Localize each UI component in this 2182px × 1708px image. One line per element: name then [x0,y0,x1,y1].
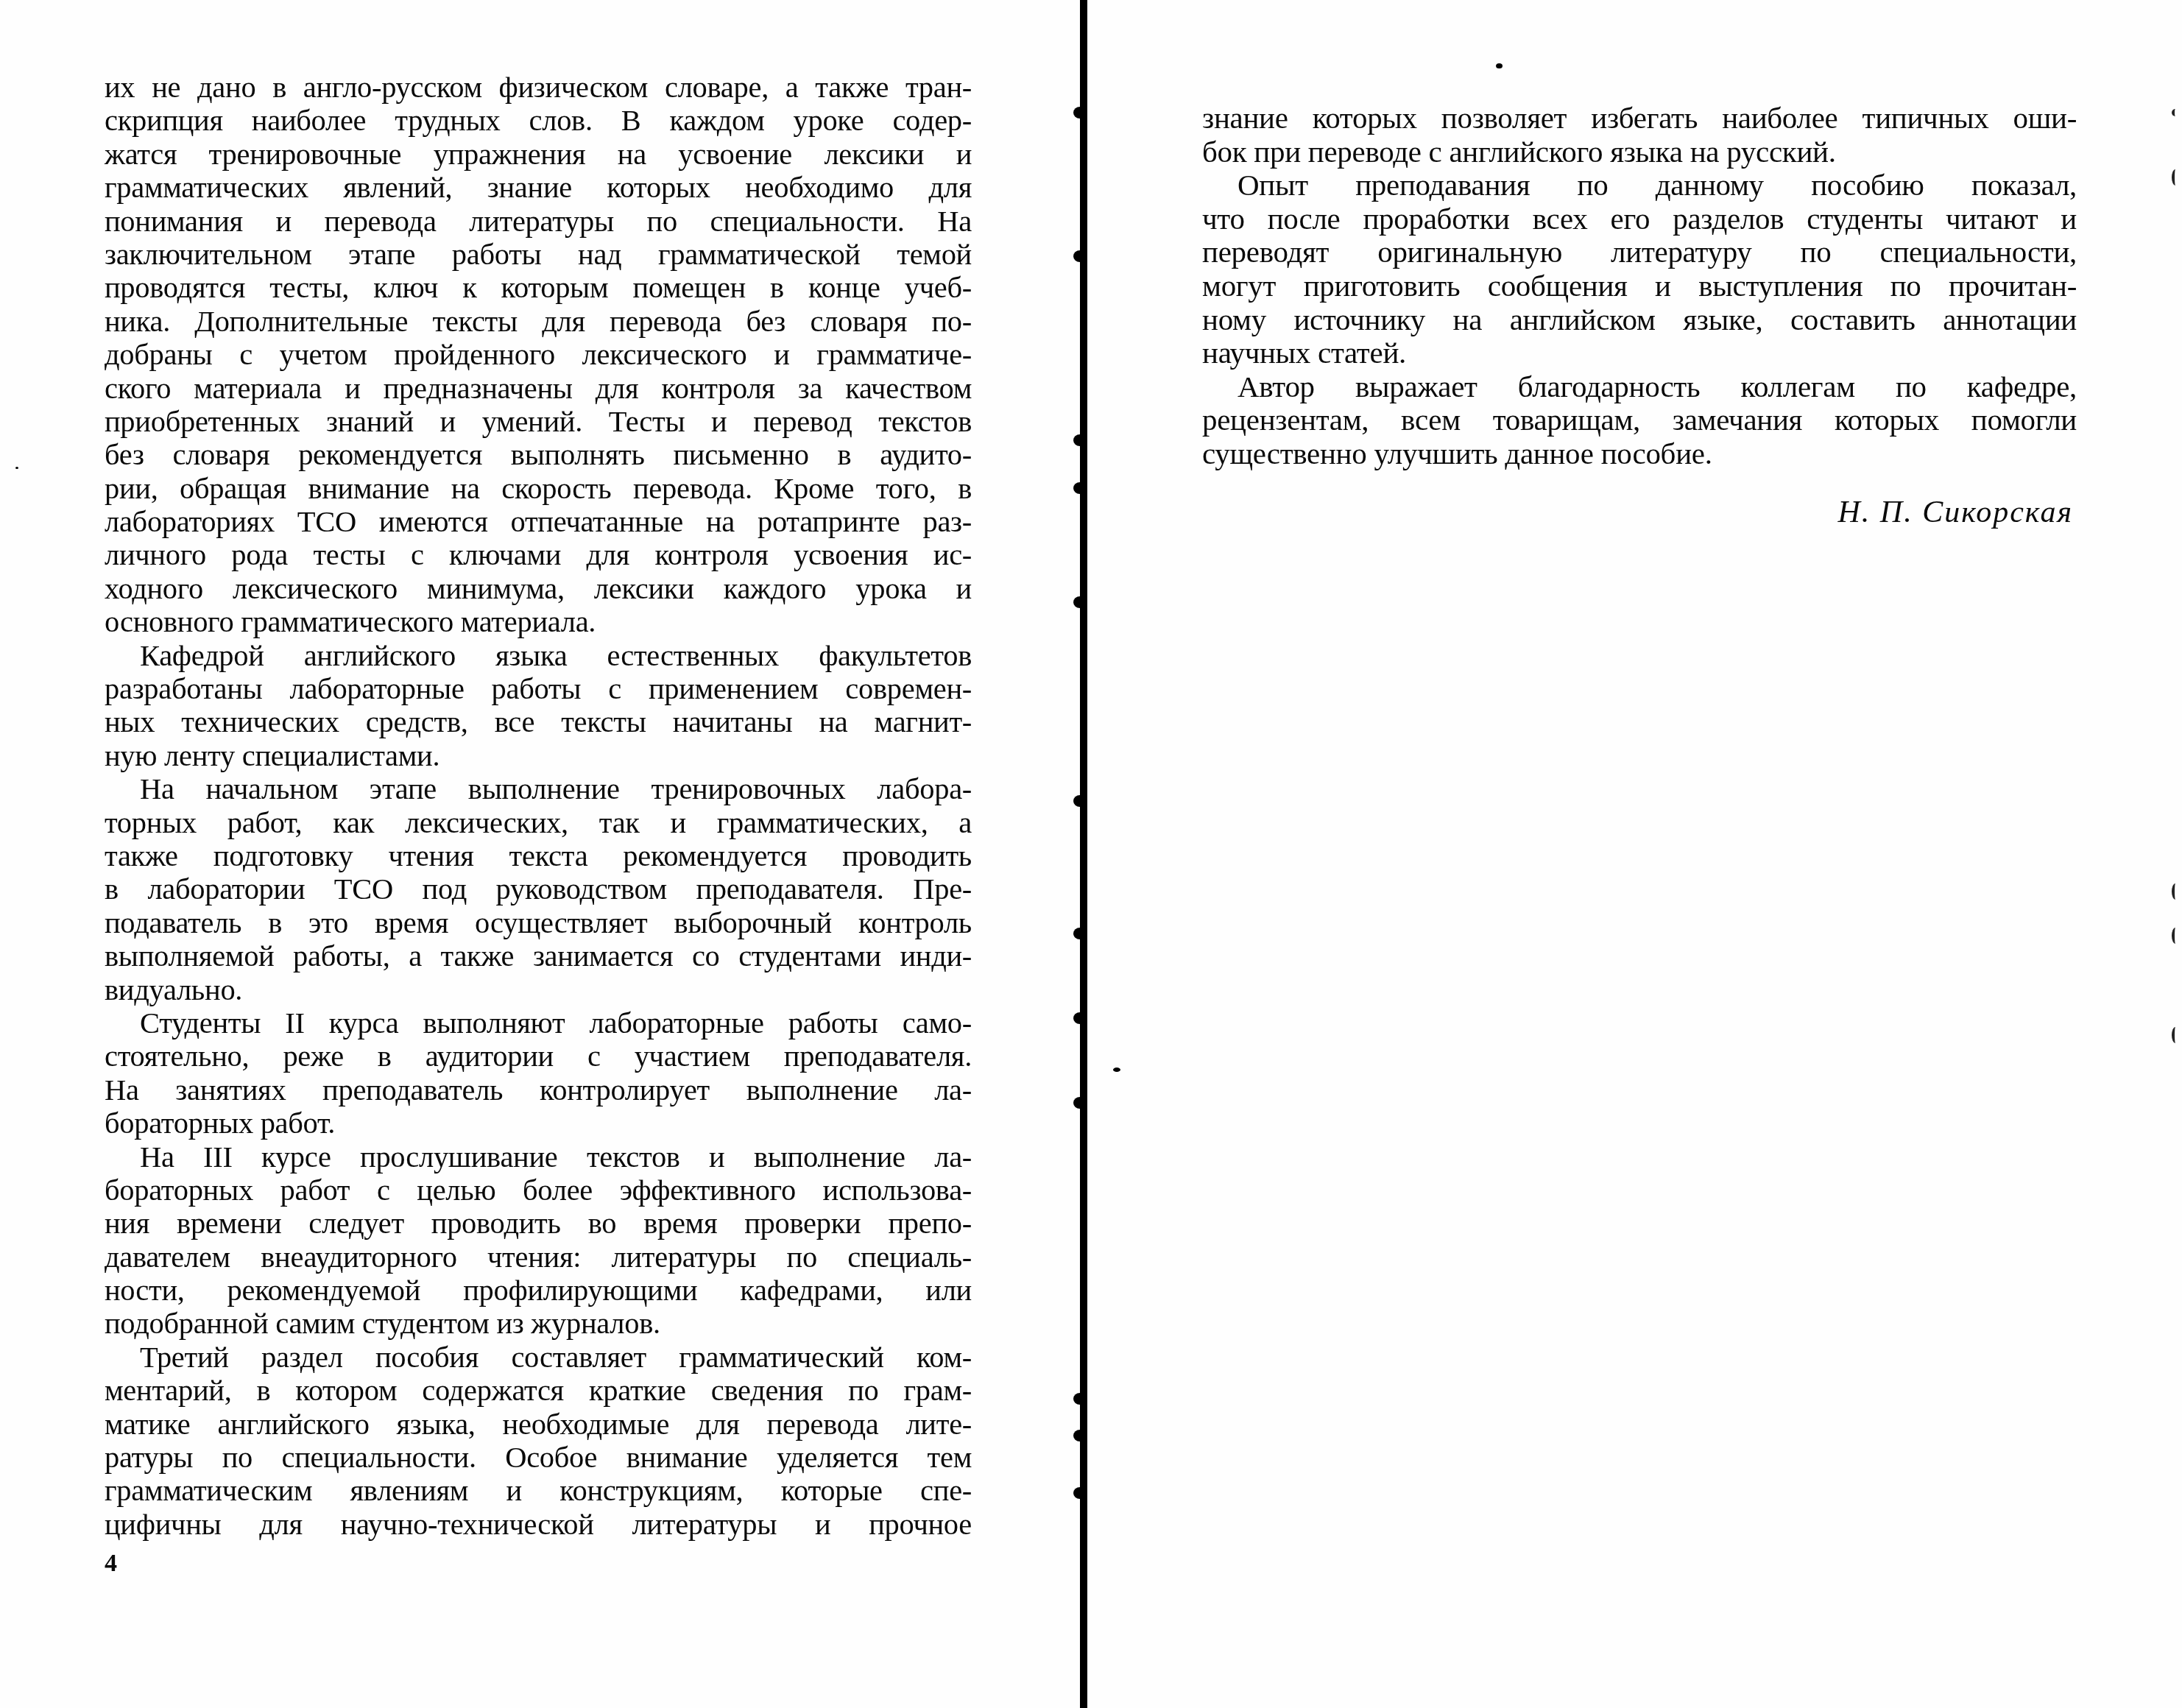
spine-notch [1073,1012,1087,1024]
text-line: подобранной самим студентом из журналов. [105,1307,972,1340]
text-line: существенно улучшить данное пособие. [1202,437,2077,471]
spine-notch [1073,596,1087,608]
text-line: матике английского языка, необходимые дл… [105,1408,972,1441]
text-line: На начальном этапе выполнение тренировоч… [105,772,972,805]
spine-notch [1073,1097,1087,1109]
text-line: переводят оригинальную литературу по спе… [1202,236,2077,269]
text-line: грамматическим явлениям и конструкциям, … [105,1474,972,1507]
text-line: Третий раздел пособия составляет граммат… [105,1341,972,1374]
text-line: На III курсе прослушивание текстов и вып… [105,1140,972,1174]
text-line: Кафедрой английского языка естественных … [105,639,972,672]
spine-notch [1073,250,1087,262]
text-line: ному источнику на английском языке, сост… [1202,303,2077,337]
text-line: могут приготовить сообщения и выступлени… [1202,269,2077,303]
text-line: стоятельно, реже в аудитории с участием … [105,1040,972,1073]
spine-notch [1073,1393,1087,1405]
text-line: добраны с учетом пройденного лексическог… [105,338,972,371]
spine-notch [1073,928,1087,939]
text-line: заключительном этапе работы над граммати… [105,238,972,271]
text-line: их не дано в англо-русском физическом сл… [105,71,972,104]
text-line: ского материала и предназначены для конт… [105,372,972,405]
text-line: ную ленту специалистами. [105,739,972,772]
spine-notch [1073,1487,1087,1499]
text-line: бораторных работ с целью более эффективн… [105,1174,972,1207]
text-line: На занятиях преподаватель контролирует в… [105,1073,972,1107]
text-line: приобретенных знаний и умений. Тесты и п… [105,405,972,438]
text-line: ности, рекомендуемой профилирующими кафе… [105,1274,972,1307]
spine-notch [1073,434,1087,446]
text-line: видуально. [105,973,972,1006]
text-line: ратуры по специальности. Особое внимание… [105,1441,972,1474]
text-line: торных работ, как лексических, так и гра… [105,806,972,839]
text-line: разработаны лабораторные работы с примен… [105,672,972,705]
text-line: ника. Дополнительные тексты для перевода… [105,305,972,338]
text-line: ных технических средств, все тексты начи… [105,705,972,738]
spine-notch [1073,482,1087,494]
text-line: рии, обращая внимание на скорость перево… [105,472,972,505]
left-page: их не дано в англо-русском физическом сл… [0,0,1060,1708]
text-line: подаватель в это время осуществляет выбо… [105,906,972,939]
page-number: 4 [105,1550,117,1578]
text-line: Студенты II курса выполняют лабораторные… [105,1006,972,1040]
spine-notch [1073,795,1087,807]
text-line: ходного лексического минимума, лексики к… [105,572,972,605]
text-line: ния времени следует проводить во время п… [105,1207,972,1240]
text-line: основного грамматического материала. [105,605,972,638]
text-line: научных статей. [1202,336,2077,370]
text-line: Автор выражает благодарность коллегам по… [1202,370,2077,404]
spine-notch [1073,107,1087,119]
text-line: бораторных работ. [105,1107,972,1140]
text-line: проводятся тесты, ключ к которым помещен… [105,271,972,304]
text-line: скрипция наиболее трудных слов. В каждом… [105,104,972,137]
text-line: без словаря рекомендуется выполнять пись… [105,438,972,471]
spine-notch [1073,1430,1087,1441]
text-line: лабораториях ТСО имеются отпечатанные на… [105,505,972,538]
text-line: знание которых позволяет избегать наибол… [1202,102,2077,135]
text-line: Опыт преподавания по данному пособию пок… [1202,169,2077,202]
ink-speck [15,467,18,469]
text-line: ментарий, в котором содержатся краткие с… [105,1374,972,1407]
text-line: грамматических явлений, знание которых н… [105,171,972,204]
text-line: что после проработки всех его разделов с… [1202,202,2077,236]
text-line: бок при переводе с английского языка на … [1202,135,2077,169]
text-line: также подготовку чтения текста рекоменду… [105,839,972,872]
left-page-body: их не дано в англо-русском физическом сл… [105,71,972,1541]
author-signature: Н. П. Сикорская [1838,495,2074,530]
text-line: личного рода тесты с ключами для контрол… [105,538,972,571]
right-page: знание которых позволяет избегать наибол… [1090,0,2182,1708]
text-line: цифичны для научно-технической литератур… [105,1508,972,1541]
text-line: рецензентам, всем товарищам, замечания к… [1202,403,2077,437]
text-line: понимания и перевода литературы по специ… [105,205,972,238]
right-page-body: знание которых позволяет избегать наибол… [1202,102,2077,471]
text-line: выполняемой работы, а также занимается с… [105,939,972,973]
text-line: жатся тренировочные упражнения на усвоен… [105,138,972,171]
text-line: в лаборатории ТСО под руководством препо… [105,872,972,906]
text-line: давателем внеаудиторного чтения: литерат… [105,1241,972,1274]
